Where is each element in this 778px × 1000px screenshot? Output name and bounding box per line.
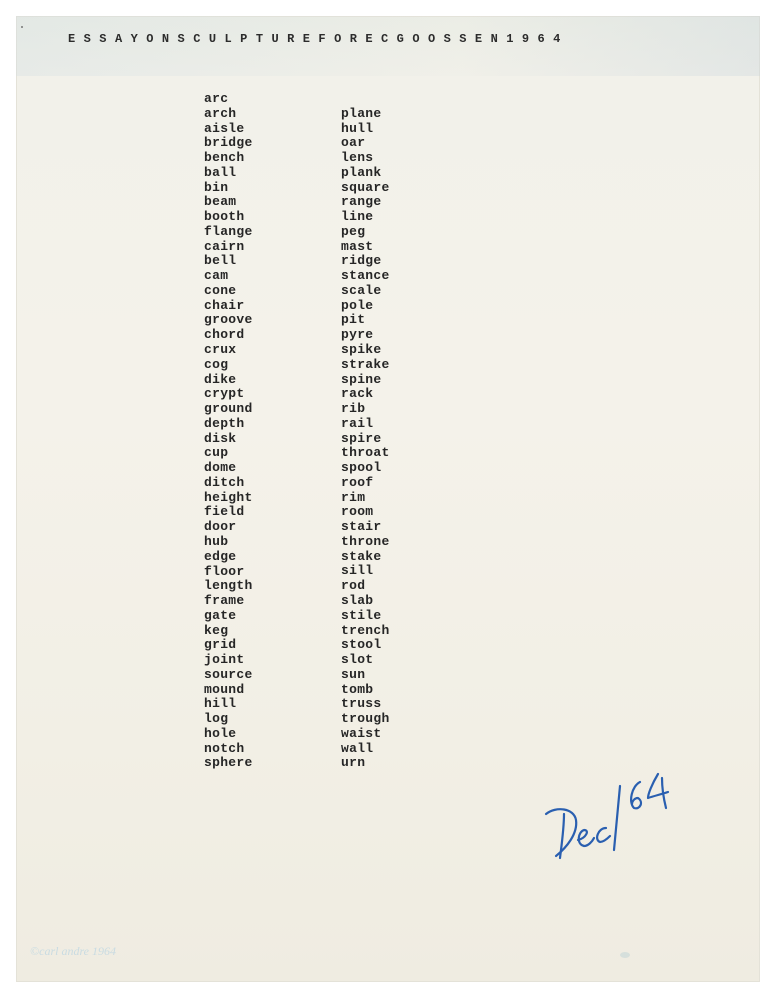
word-list-item: booth [204,210,253,225]
word-list-item: scale [341,284,390,299]
word-list-item: range [341,195,390,210]
word-list-item: truss [341,697,390,712]
word-list-item: sphere [204,756,253,771]
copyright-stamp: ©carl andre 1964 [30,944,116,959]
word-list-item: log [204,712,253,727]
word-list-item: chord [204,328,253,343]
word-list-item: hull [341,122,390,137]
word-list-item: lens [341,151,390,166]
word-list-item: cog [204,358,253,373]
word-list-item: hole [204,727,253,742]
handwritten-date-annotation: Dec/64 [526,756,686,866]
word-list-item: throne [341,535,390,550]
word-list-item: flange [204,225,253,240]
word-list-item: bench [204,151,253,166]
word-list-item: ball [204,166,253,181]
word-list-item: notch [204,742,253,757]
word-list-item: bin [204,181,253,196]
word-list-item: wall [341,742,390,757]
word-list-item: urn [341,756,390,771]
word-list-item: throat [341,446,390,461]
word-list-item: tomb [341,683,390,698]
word-list-item: floor [204,565,253,580]
word-list-item: ridge [341,254,390,269]
word-list-item: roof [341,476,390,491]
word-list-item: stile [341,609,390,624]
word-list-item: arch [204,107,253,122]
word-list-item: mast [341,240,390,255]
word-list-item: spike [341,343,390,358]
word-list-item: plane [341,107,390,122]
word-list-item: ground [204,402,253,417]
word-list-item: dome [204,461,253,476]
word-list-item: waist [341,727,390,742]
word-list-item: rail [341,417,390,432]
word-list-item: cairn [204,240,253,255]
word-list-item: cone [204,284,253,299]
word-list-item: crux [204,343,253,358]
word-list-item: hill [204,697,253,712]
typed-page: ESSAYONSCULPTUREFORECGOOSSEN1964 arcarch… [16,16,760,982]
paper-smudge [620,952,630,958]
word-list-item: rod [341,579,390,594]
word-list-item: field [204,505,253,520]
word-list-item: beam [204,195,253,210]
word-list-item: oar [341,136,390,151]
word-list-item: stool [341,638,390,653]
word-list-item: length [204,579,253,594]
word-list-item: rim [341,491,390,506]
word-list-item: grid [204,638,253,653]
word-list-item: depth [204,417,253,432]
word-list-item: peg [341,225,390,240]
word-list-item: spool [341,461,390,476]
word-list-item: room [341,505,390,520]
word-list-item: chair [204,299,253,314]
word-list-item: gate [204,609,253,624]
word-list-item: dike [204,373,253,388]
word-list-item: source [204,668,253,683]
word-list-item: frame [204,594,253,609]
word-list-item: trench [341,624,390,639]
word-list-item: hub [204,535,253,550]
word-list-item: strake [341,358,390,373]
word-list-item: mound [204,683,253,698]
word-list-item: plank [341,166,390,181]
document-heading: ESSAYONSCULPTUREFORECGOOSSEN1964 [68,32,569,46]
word-list-item: aisle [204,122,253,137]
word-list-item: slab [341,594,390,609]
word-list-item: disk [204,432,253,447]
word-list-item: rack [341,387,390,402]
word-column-right: planehulloarlensplanksquarerangelinepegm… [341,107,390,771]
word-list-item: groove [204,313,253,328]
word-list-item: bell [204,254,253,269]
word-list-item: joint [204,653,253,668]
word-list-item: cam [204,269,253,284]
word-list-item: pit [341,313,390,328]
word-list-item: keg [204,624,253,639]
word-list-item: bridge [204,136,253,151]
word-list-item: stance [341,269,390,284]
word-list-item: slot [341,653,390,668]
word-list-item: pole [341,299,390,314]
word-list-item: stair [341,520,390,535]
word-list-item: height [204,491,253,506]
word-list-item: door [204,520,253,535]
word-list-item: line [341,210,390,225]
word-list-item: pyre [341,328,390,343]
word-list-item: sill [341,564,390,579]
word-list-item: sun [341,668,390,683]
word-list-item: square [341,181,390,196]
word-list-item: stake [341,550,390,565]
word-list-item: cup [204,446,253,461]
word-list-item: spire [341,432,390,447]
word-list-item: rib [341,402,390,417]
word-column-left: arcarchaislebridgebenchballbinbeamboothf… [204,92,253,771]
word-list-item: trough [341,712,390,727]
paper-speck [21,26,23,28]
word-list-item: ditch [204,476,253,491]
word-list-item: edge [204,550,253,565]
word-list-item: spine [341,373,390,388]
word-list-item: crypt [204,387,253,402]
word-list-item: arc [204,92,253,107]
